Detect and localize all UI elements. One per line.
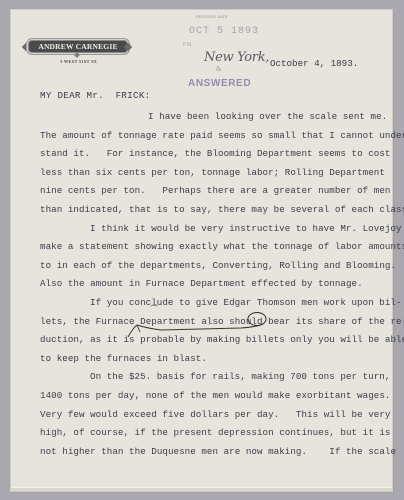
salutation: MY DEAR Mr. FRICK: [40, 90, 150, 101]
letter-line: The amount of tonnage rate paid seems so… [40, 127, 385, 146]
letter-line: less than six cents per ton, tonnage lab… [40, 164, 385, 183]
letter-line: make a statement showing exactly what th… [40, 238, 385, 257]
letter-line: 1400 tons per day, none of the men would… [40, 387, 385, 406]
letter-page: ANDREW CARNEGIE 5 WEST 51ST ST. RECEIVED… [11, 10, 392, 491]
letter-line: nine cents per ton. Perhaps there are a … [40, 182, 385, 201]
letter-line: Very few would exceed five dollars per d… [40, 406, 385, 425]
letter-line: I think it would be very instructive to … [40, 220, 385, 239]
received-stamp-header: RECEIVED DATE [196, 15, 228, 19]
letter-line: If you conclude to give Edgar Thomson me… [40, 294, 385, 313]
letter-body: I have been looking over the scale sent … [40, 108, 385, 461]
letterhead-name: ANDREW CARNEGIE [29, 41, 127, 52]
letter-line: to in each of the departments, Convertin… [40, 257, 385, 276]
letter-line: to keep the furnaces in blast. [40, 350, 385, 369]
letter-line: high, of course, if the present depressi… [40, 424, 385, 443]
letterhead-ornament-bottom [74, 52, 80, 58]
paper-bottom-edge [11, 487, 392, 491]
letter-line: stand it. For instance, the Blooming Dep… [40, 145, 385, 164]
stamp-ampersand: & [216, 65, 221, 73]
dateline-date: October 4, 1893. [270, 58, 358, 69]
answered-stamp: ANSWERED [188, 78, 251, 89]
letter-line: Also the amount in Furnace Department ef… [40, 275, 385, 294]
time-stamp: P.M. [183, 43, 193, 48]
letterhead-address: 5 WEST 51ST ST. [25, 59, 133, 64]
letter-line: On the $25. basis for rails, making 700 … [40, 368, 385, 387]
letterhead: ANDREW CARNEGIE 5 WEST 51ST ST. [25, 37, 133, 75]
letter-line: than indicated, that is to say, there ma… [40, 201, 385, 220]
letter-line: duction, as it is probable by making bil… [40, 331, 385, 350]
received-date-stamp: OCT 5 1893 [189, 26, 259, 37]
letter-line: not higher than the Duquesne men are now… [40, 443, 385, 462]
letter-line: lets, the Furnace Department also should… [40, 313, 385, 332]
letter-line: I have been looking over the scale sent … [40, 108, 385, 127]
dateline-city: New York, [204, 50, 269, 65]
